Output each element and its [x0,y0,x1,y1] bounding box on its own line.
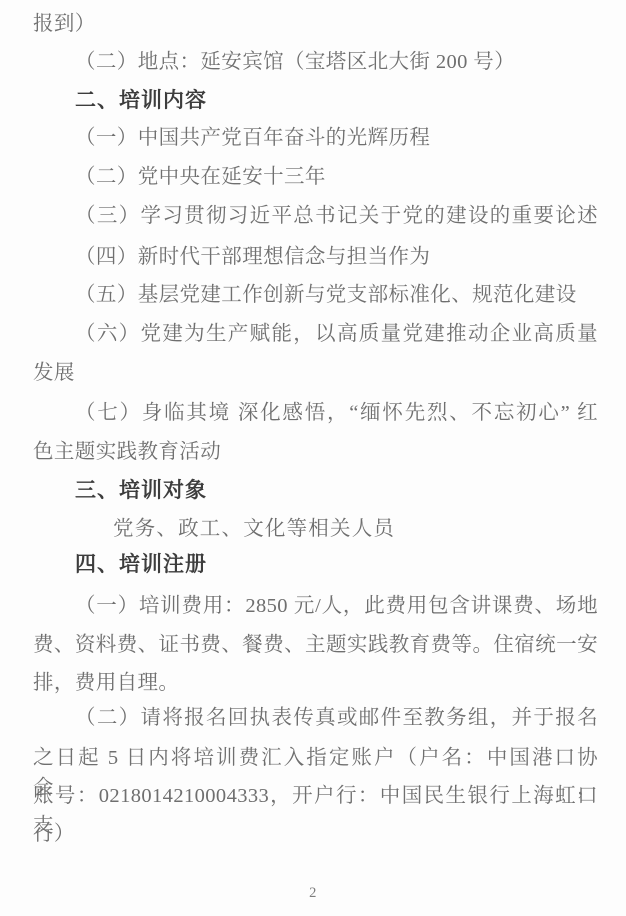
section-heading: 二、培训内容 [33,86,207,116]
text-line: 党务、政工、文化等相关人员 [33,515,395,545]
text-line: 色主题实践教育活动 [33,438,221,468]
list-item: （五）基层党建工作创新与党支部标准化、规范化建设 [33,281,577,311]
section-heading: 三、培训对象 [33,476,207,506]
page-number: 2 [0,885,626,902]
text-line: 发展 [33,359,75,389]
list-item: （四）新时代干部理想信念与担当作为 [33,243,430,273]
text-line: 行） [33,820,75,850]
list-item: （六）党建为生产赋能，以高质量党建推动企业高质量 [33,320,598,350]
list-item: （一）培训费用：2850 元/人，此费用包含讲课费、场地 [33,592,598,622]
section-heading: 四、培训注册 [33,550,207,580]
text-line: （二）地点：延安宾馆（宝塔区北大街 200 号） [33,48,515,78]
list-item: （三）学习贯彻习近平总书记关于党的建设的重要论述 [33,202,598,232]
list-item: （一）中国共产党百年奋斗的光辉历程 [33,124,430,154]
document-page: 报到） （二）地点：延安宾馆（宝塔区北大街 200 号） 二、培训内容 （一）中… [0,0,626,916]
text-line: 报到） [33,10,96,40]
list-item: （七）身临其境 深化感悟，“缅怀先烈、不忘初心” 红 [33,399,598,429]
text-line: 费、资料费、证书费、餐费、主题实践教育费等。住宿统一安 [33,631,598,661]
text-line: 排，费用自理。 [33,669,179,699]
list-item: （二）请将报名回执表传真或邮件至教务组，并于报名 [33,704,598,734]
text-line: 账号：0218014210004333，开户行：中国民生银行上海虹口支 [33,782,598,841]
list-item: （二）党中央在延安十三年 [33,163,326,193]
